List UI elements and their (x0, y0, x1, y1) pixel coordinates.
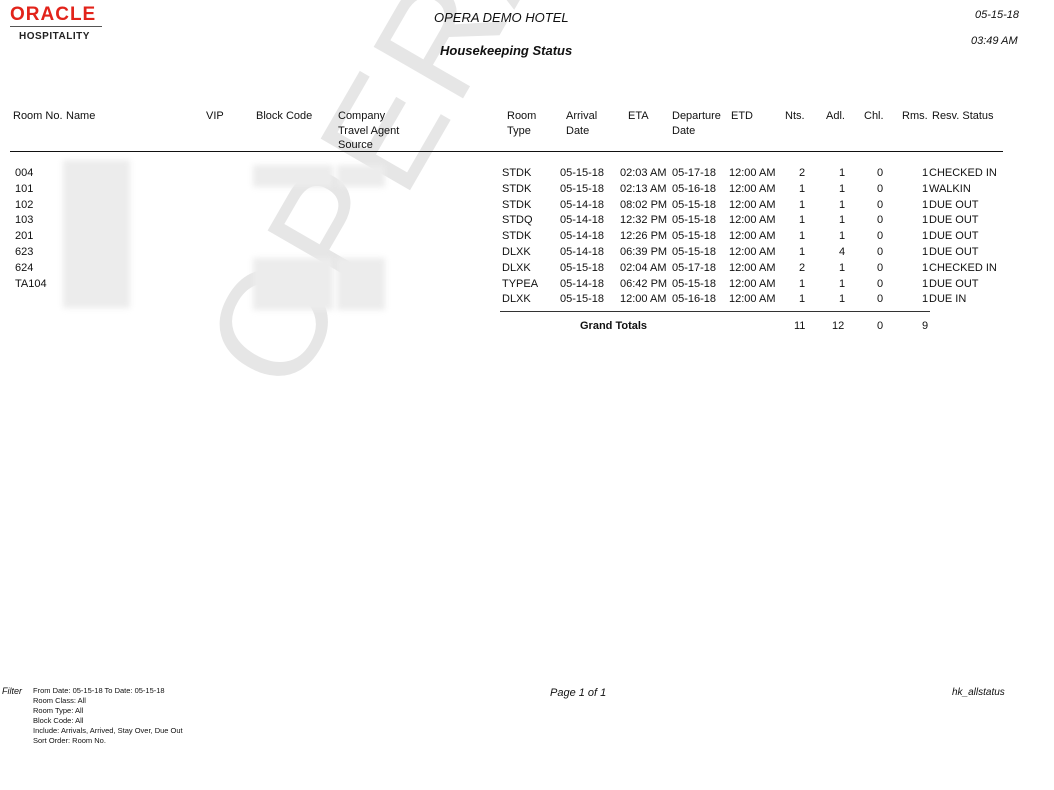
cell-departure-date: 05-15-18 (672, 278, 716, 290)
watermark: OPERA CLOUD (170, 0, 895, 417)
cell-eta: 12:00 AM (620, 293, 666, 305)
header-rule (10, 151, 1003, 152)
cell-chl: 0 (877, 278, 883, 290)
grand-totals-label: Grand Totals (580, 320, 647, 332)
cell-eta: 02:03 AM (620, 167, 666, 179)
cell-departure-date: 05-15-18 (672, 214, 716, 226)
cell-resv-status: CHECKED IN (929, 262, 997, 274)
total-rms: 9 (922, 320, 928, 332)
cell-rms: 1 (922, 246, 928, 258)
col-company: Company Travel Agent Source (338, 109, 399, 153)
col-block-code: Block Code (256, 109, 312, 124)
cell-arrival-date: 05-14-18 (560, 246, 604, 258)
cell-room-no: 103 (15, 214, 33, 226)
cell-etd: 12:00 AM (729, 230, 775, 242)
cell-nts: 1 (799, 199, 805, 211)
col-chl: Chl. (864, 109, 884, 124)
logo-divider (10, 26, 102, 27)
cell-etd: 12:00 AM (729, 293, 775, 305)
col-departure-date: Departure Date (672, 109, 721, 138)
cell-room-no: 004 (15, 167, 33, 179)
cell-etd: 12:00 AM (729, 214, 775, 226)
col-etd: ETD (731, 109, 753, 124)
oracle-logo: ORACLE (10, 4, 96, 26)
cell-etd: 12:00 AM (729, 278, 775, 290)
cell-adl: 1 (839, 183, 845, 195)
cell-room-type: STDQ (502, 214, 533, 226)
cell-room-no: 102 (15, 199, 33, 211)
redacted-block-code (253, 165, 333, 187)
col-rms: Rms. (902, 109, 928, 124)
cell-etd: 12:00 AM (729, 199, 775, 211)
cell-resv-status: DUE OUT (929, 230, 979, 242)
cell-room-type: STDK (502, 183, 531, 195)
report-code: hk_allstatus (952, 687, 1005, 698)
cell-rms: 1 (922, 199, 928, 211)
cell-room-type: DLXK (502, 246, 531, 258)
cell-departure-date: 05-15-18 (672, 230, 716, 242)
redacted-company (337, 165, 385, 187)
cell-etd: 12:00 AM (729, 262, 775, 274)
cell-departure-date: 05-17-18 (672, 167, 716, 179)
cell-rms: 1 (922, 167, 928, 179)
cell-chl: 0 (877, 293, 883, 305)
col-adl: Adl. (826, 109, 845, 124)
cell-nts: 1 (799, 183, 805, 195)
cell-room-type: DLXK (502, 293, 531, 305)
cell-room-no: 623 (15, 246, 33, 258)
cell-room-type: STDK (502, 230, 531, 242)
cell-arrival-date: 05-15-18 (560, 262, 604, 274)
cell-eta: 06:39 PM (620, 246, 667, 258)
filter-criteria: From Date: 05-15-18 To Date: 05-15-18Roo… (33, 686, 183, 746)
cell-rms: 1 (922, 183, 928, 195)
cell-eta: 12:32 PM (620, 214, 667, 226)
cell-arrival-date: 05-14-18 (560, 278, 604, 290)
total-chl: 0 (877, 320, 883, 332)
hospitality-label: HOSPITALITY (19, 31, 90, 42)
cell-room-type: TYPEA (502, 278, 538, 290)
col-arrival-date: Arrival Date (566, 109, 597, 138)
report-time: 03:49 AM (971, 35, 1018, 47)
cell-adl: 1 (839, 167, 845, 179)
cell-resv-status: DUE OUT (929, 246, 979, 258)
filter-line: From Date: 05-15-18 To Date: 05-15-18 (33, 686, 183, 696)
redacted-company (337, 258, 385, 310)
cell-room-type: STDK (502, 199, 531, 211)
cell-adl: 1 (839, 199, 845, 211)
col-room-no: Room No. (13, 109, 63, 124)
cell-arrival-date: 05-15-18 (560, 167, 604, 179)
cell-nts: 1 (799, 278, 805, 290)
cell-room-no: 101 (15, 183, 33, 195)
cell-resv-status: DUE OUT (929, 214, 979, 226)
filter-label: Filter (2, 686, 22, 696)
cell-adl: 1 (839, 262, 845, 274)
cell-eta: 06:42 PM (620, 278, 667, 290)
cell-resv-status: CHECKED IN (929, 167, 997, 179)
cell-adl: 1 (839, 214, 845, 226)
cell-rms: 1 (922, 293, 928, 305)
cell-resv-status: WALKIN (929, 183, 971, 195)
total-nts: 11 (794, 320, 805, 332)
cell-rms: 1 (922, 262, 928, 274)
col-vip: VIP (206, 109, 224, 124)
report-date: 05-15-18 (975, 9, 1019, 21)
cell-eta: 08:02 PM (620, 199, 667, 211)
filter-line: Include: Arrivals, Arrived, Stay Over, D… (33, 726, 183, 736)
redacted-names (63, 160, 130, 308)
cell-eta: 02:13 AM (620, 183, 666, 195)
filter-line: Sort Order: Room No. (33, 736, 183, 746)
cell-chl: 0 (877, 230, 883, 242)
cell-departure-date: 05-16-18 (672, 293, 716, 305)
cell-room-type: DLXK (502, 262, 531, 274)
cell-nts: 2 (799, 167, 805, 179)
cell-departure-date: 05-15-18 (672, 199, 716, 211)
cell-adl: 1 (839, 293, 845, 305)
col-name: Name (66, 109, 95, 124)
cell-nts: 1 (799, 293, 805, 305)
cell-nts: 2 (799, 262, 805, 274)
cell-room-no: 624 (15, 262, 33, 274)
cell-eta: 12:26 PM (620, 230, 667, 242)
cell-rms: 1 (922, 214, 928, 226)
cell-chl: 0 (877, 183, 883, 195)
cell-eta: 02:04 AM (620, 262, 666, 274)
cell-departure-date: 05-15-18 (672, 246, 716, 258)
cell-arrival-date: 05-14-18 (560, 214, 604, 226)
cell-nts: 1 (799, 214, 805, 226)
cell-rms: 1 (922, 230, 928, 242)
cell-rms: 1 (922, 278, 928, 290)
col-room-type: Room Type (507, 109, 536, 138)
cell-resv-status: DUE OUT (929, 278, 979, 290)
cell-arrival-date: 05-14-18 (560, 230, 604, 242)
cell-etd: 12:00 AM (729, 183, 775, 195)
cell-chl: 0 (877, 214, 883, 226)
cell-etd: 12:00 AM (729, 167, 775, 179)
cell-nts: 1 (799, 230, 805, 242)
cell-room-type: STDK (502, 167, 531, 179)
cell-nts: 1 (799, 246, 805, 258)
cell-departure-date: 05-17-18 (672, 262, 716, 274)
cell-chl: 0 (877, 167, 883, 179)
cell-resv-status: DUE OUT (929, 199, 979, 211)
cell-etd: 12:00 AM (729, 246, 775, 258)
cell-room-no: TA104 (15, 278, 47, 290)
col-resv-status: Resv. Status (932, 109, 994, 124)
cell-adl: 1 (839, 230, 845, 242)
cell-adl: 4 (839, 246, 845, 258)
col-nts: Nts. (785, 109, 805, 124)
cell-departure-date: 05-16-18 (672, 183, 716, 195)
cell-arrival-date: 05-15-18 (560, 293, 604, 305)
cell-chl: 0 (877, 246, 883, 258)
totals-rule (500, 311, 930, 312)
filter-line: Block Code: All (33, 716, 183, 726)
cell-arrival-date: 05-15-18 (560, 183, 604, 195)
cell-adl: 1 (839, 278, 845, 290)
total-adl: 12 (832, 320, 844, 332)
cell-arrival-date: 05-14-18 (560, 199, 604, 211)
cell-chl: 0 (877, 199, 883, 211)
hotel-name: OPERA DEMO HOTEL (434, 10, 569, 25)
filter-line: Room Type: All (33, 706, 183, 716)
report-title: Housekeeping Status (440, 43, 572, 58)
cell-room-no: 201 (15, 230, 33, 242)
cell-chl: 0 (877, 262, 883, 274)
page-number: Page 1 of 1 (550, 687, 606, 699)
cell-resv-status: DUE IN (929, 293, 966, 305)
redacted-block-code (253, 258, 333, 310)
filter-line: Room Class: All (33, 696, 183, 706)
col-eta: ETA (628, 109, 649, 124)
